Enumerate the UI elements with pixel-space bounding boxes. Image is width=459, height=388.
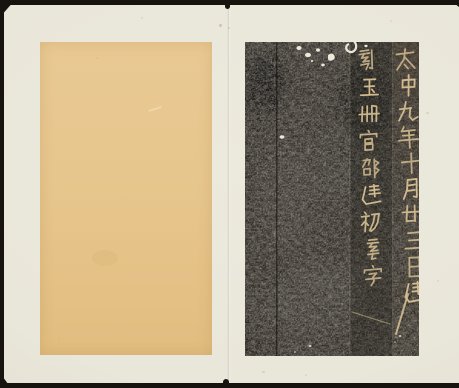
foxing-spot: [219, 24, 222, 27]
foxing-spot: [305, 374, 307, 376]
foxing-spot: [58, 338, 60, 340]
calligraphy-char: [359, 156, 383, 180]
calligraphy-char: [358, 76, 381, 99]
ink-rubbing: [245, 42, 419, 356]
center-fold-crease: [227, 5, 231, 383]
calligraphy-char: [359, 211, 382, 234]
photograph-background: [0, 0, 459, 388]
foxing-spot: [437, 280, 439, 282]
blank-tan-panel: [40, 42, 212, 355]
foxing-spot: [262, 371, 265, 373]
calligraphy-char: [396, 73, 419, 97]
fold-gap-bottom: [223, 379, 229, 388]
calligraphy-char: [362, 238, 385, 261]
panel-scratch: [148, 106, 162, 112]
panel-stain: [92, 250, 118, 266]
fold-gap-top: [225, 0, 230, 9]
foxing-spot: [96, 57, 98, 59]
calligraphy-char: [399, 203, 419, 227]
calligraphy-char: [399, 150, 419, 175]
calligraphy-char: [361, 265, 385, 289]
album-page: [4, 5, 459, 383]
foxing-spot: [426, 112, 429, 114]
calligraphy-char: [355, 48, 379, 72]
calligraphy-column-engraver: [356, 49, 385, 288]
calligraphy-char: [393, 46, 419, 72]
calligraphy-char: [359, 183, 383, 207]
calligraphy-char: [399, 176, 419, 202]
calligraphy-char: [396, 99, 419, 123]
foxing-spot: [390, 20, 392, 22]
calligraphy-char: [402, 229, 419, 253]
calligraphy-char: [396, 125, 419, 150]
calligraphy-char: [357, 130, 381, 154]
calligraphy-char: [358, 103, 381, 126]
foxing-spot: [228, 27, 230, 29]
calligraphy-char: [402, 254, 419, 279]
foxing-spot: [141, 17, 143, 19]
rubbing-texture: [245, 42, 419, 356]
calligraphy-char: [402, 280, 419, 305]
